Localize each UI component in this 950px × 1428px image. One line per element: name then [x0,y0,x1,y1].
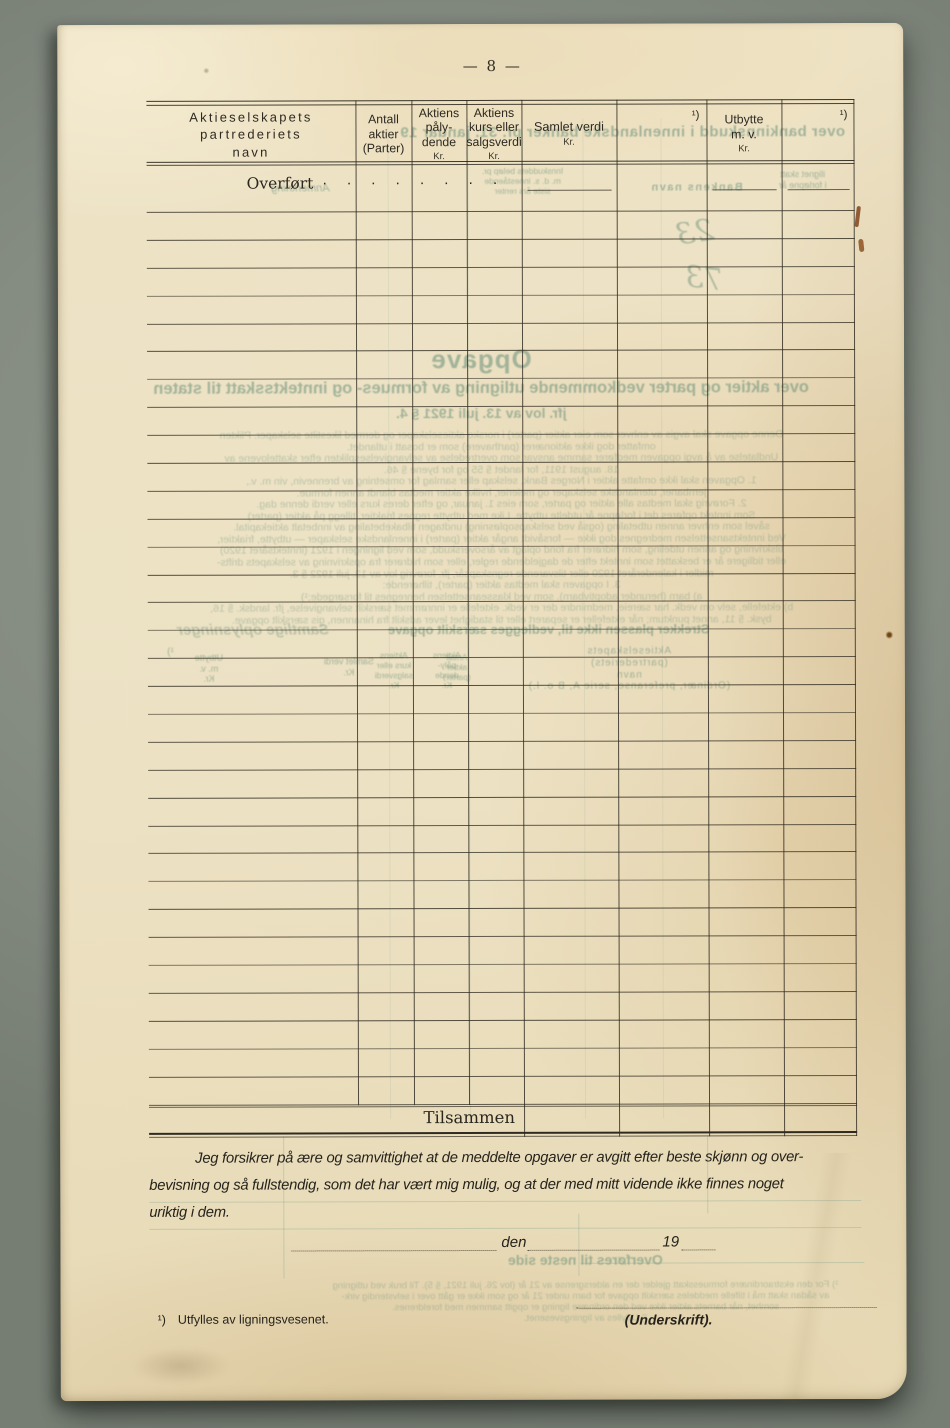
table-body-rows [147,211,857,1105]
column-header-label: Samlet verdi [534,120,604,135]
unit-label: Kr. [738,143,750,154]
table-empty-row [149,936,857,966]
table-empty-row [148,713,856,743]
table-empty-row [147,490,855,520]
total-row: Tilsammen [149,1106,857,1133]
table-empty-row [147,211,855,241]
column-header-label: Aktieselskapets partrederiets navn [189,108,312,161]
table-empty-row [148,825,856,855]
column-header-label: Aktiens kurs eller salgsverdi [466,106,521,150]
column-header-label: Aktiens påly- dende [419,106,459,150]
table-empty-row [147,406,855,436]
shares-table: Aktieselskapets partrederiets navn Antal… [146,99,857,1137]
table-empty-row [147,323,855,353]
footnote-text: Utfylles av ligningsvesenet. [178,1312,329,1326]
unit-label: Kr. [488,151,500,162]
table-empty-row [147,434,855,464]
table-empty-row [149,1020,857,1050]
table-empty-row [149,908,857,938]
smudge-stain [131,1347,231,1385]
table-empty-row [148,853,856,883]
table-empty-row [148,574,856,604]
footnote-mark: ¹) [692,109,700,121]
paper-spot [203,68,209,74]
table-empty-row [148,657,856,687]
carried-forward-dots: . . . . . . . . [323,171,506,188]
table-empty-row [149,964,857,994]
table-empty-row [147,462,855,492]
column-header-total-value: Samlet verdiKr. [521,105,616,161]
column-header-nominal-value: Aktiens påly- dendeKr. [411,105,466,161]
table-empty-row [147,267,855,297]
table-empty-row [147,378,855,408]
table-empty-row [149,1048,857,1078]
showthrough-overfores: Overføres til neste side [470,1251,700,1268]
column-header-label: Antall aktier (Parter) [363,112,405,156]
table-empty-row [148,601,856,631]
unit-label: Kr. [433,151,445,162]
footnote: ¹)Utfylles av ligningsvesenet. [158,1312,329,1326]
column-header-company-name: Aktieselskapets partrederiets navn [146,105,355,162]
footnote-mark: ¹) [840,109,848,121]
table-empty-row [149,1076,857,1106]
column-header-tax-office-1: ¹) [616,104,706,160]
table-empty-row [148,769,856,799]
table-empty-row [148,880,856,910]
scanned-form-page: over bankinnskudd i innenlandske banker … [57,23,907,1401]
date-den-label: den [501,1234,526,1251]
table-header-row: Aktieselskapets partrederiets navn Antal… [146,104,854,162]
table-empty-row [148,797,856,827]
unit-label: Kr. [563,137,575,148]
footnote-marker: ¹) [158,1313,166,1327]
table-empty-row [148,629,856,659]
table-empty-row [148,741,856,771]
carried-forward-label: Overført [247,174,314,192]
table-empty-row [147,239,855,269]
year-prefix-label: 19 [662,1233,679,1250]
column-header-tax-office-2: ¹) [781,104,854,160]
year-write-in-line [681,1249,715,1250]
write-in-line-dividend [713,189,777,190]
table-empty-row [148,546,856,576]
write-in-line-tax-office [788,189,850,190]
column-header-market-value: Aktiens kurs eller salgsverdiKr. [466,105,521,161]
column-header-dividend: Utbytte m. v.Kr. [706,104,781,160]
table-empty-row [148,685,856,715]
page-number: — 8 — [437,57,547,75]
carried-forward-row: Overført . . . . . . . . [147,164,855,213]
table-empty-row [147,518,855,548]
table-empty-row [149,992,857,1022]
column-header-share-count: Antall aktier (Parter) [355,105,411,161]
table-empty-row [147,295,855,325]
column-header-label: Utbytte m. v. [724,112,763,141]
write-in-line-total-value [528,190,612,191]
ink-spot [886,631,893,639]
paper-crease [740,1153,891,1403]
table-empty-row [147,350,855,380]
total-label: Tilsammen [149,1107,521,1127]
